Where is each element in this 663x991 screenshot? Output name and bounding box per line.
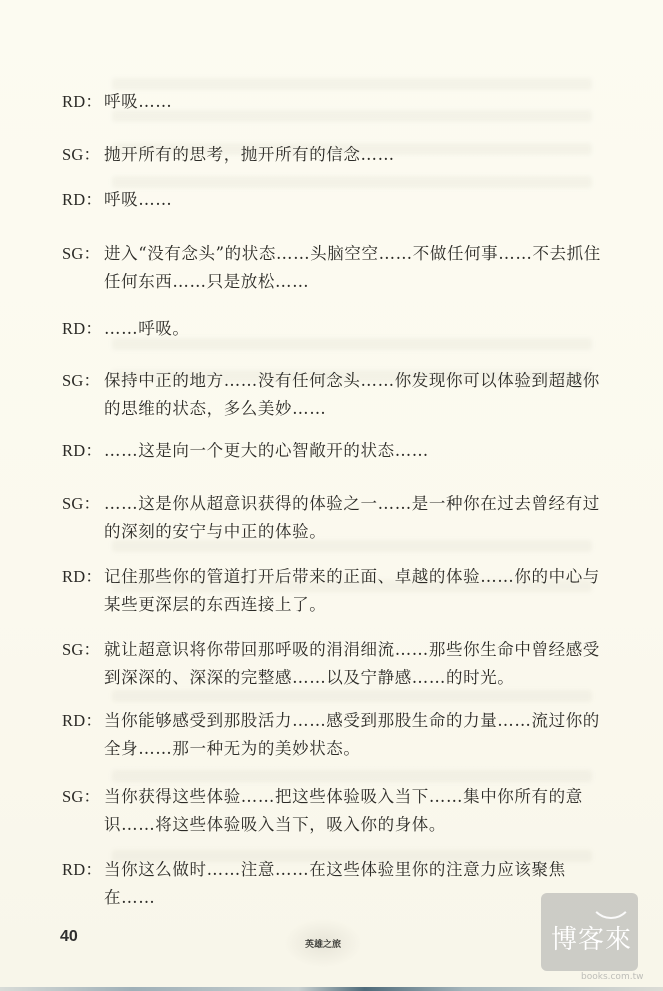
- page-bottom-edge: [0, 987, 663, 991]
- speech-text: 抛开所有的思考，抛开所有的信念……: [104, 141, 602, 169]
- speaker-label: SG：: [62, 240, 104, 296]
- watermark-url: books.com.tw: [581, 972, 643, 982]
- watermark-badge: 博客來: [541, 893, 638, 971]
- speaker-label: RD：: [62, 186, 104, 214]
- page-number: 40: [60, 928, 78, 946]
- speech-text: 呼吸……: [104, 186, 602, 214]
- dialogue-turn: SG： 进入“没有念头”的状态……头脑空空……不做任何事……不去抓住任何东西………: [62, 240, 602, 296]
- speech-text: ……这是向一个更大的心智敞开的状态……: [104, 437, 602, 465]
- speaker-label: RD：: [62, 856, 104, 912]
- speech-text: ……呼吸。: [104, 315, 602, 343]
- speech-text: 呼吸……: [104, 88, 602, 116]
- dialogue-turn: SG： ……这是你从超意识获得的体验之一……是一种你在过去曾经有过的深刻的安宁与…: [62, 490, 602, 546]
- speaker-label: SG：: [62, 783, 104, 839]
- speaker-label: RD：: [62, 315, 104, 343]
- speaker-label: RD：: [62, 563, 104, 619]
- speech-text: 当你这么做时……注意……在这些体验里你的注意力应该聚焦在……: [104, 856, 602, 912]
- dialogue-turn: RD： ……呼吸。: [62, 315, 602, 343]
- speech-text: 保持中正的地方……没有任何念头……你发现你可以体验到超越你的思维的状态，多么美妙…: [104, 367, 602, 423]
- running-title-ornament: 英雄之旅: [283, 918, 363, 968]
- dialogue-turn: RD： 当你能够感受到那股活力……感受到那股生命的力量……流过你的全身……那一种…: [62, 707, 602, 763]
- running-title: 英雄之旅: [305, 937, 341, 950]
- speaker-label: SG：: [62, 490, 104, 546]
- speech-text: 记住那些你的管道打开后带来的正面、卓越的体验……你的中心与某些更深层的东西连接上…: [104, 563, 602, 619]
- book-page: RD： 呼吸…… SG： 抛开所有的思考，抛开所有的信念…… RD： 呼吸…… …: [0, 0, 663, 991]
- speech-text: 当你能够感受到那股活力……感受到那股生命的力量……流过你的全身……那一种无为的美…: [104, 707, 602, 763]
- dialogue-turn: RD： 呼吸……: [62, 186, 602, 214]
- speech-text: 当你获得这些体验……把这些体验吸入当下……集中你所有的意识……将这些体验吸入当下…: [104, 783, 602, 839]
- speaker-label: RD：: [62, 707, 104, 763]
- dialogue-turn: SG： 就让超意识将你带回那呼吸的涓涓细流……那些你生命中曾经感受到深深的、深深…: [62, 636, 602, 692]
- dialogue-turn: RD： ……这是向一个更大的心智敞开的状态……: [62, 437, 602, 465]
- speech-text: 就让超意识将你带回那呼吸的涓涓细流……那些你生命中曾经感受到深深的、深深的完整感…: [104, 636, 602, 692]
- speaker-label: SG：: [62, 636, 104, 692]
- dialogue-turn: SG： 抛开所有的思考，抛开所有的信念……: [62, 141, 602, 169]
- dialogue-turn: RD： 记住那些你的管道打开后带来的正面、卓越的体验……你的中心与某些更深层的东…: [62, 563, 602, 619]
- dialogue-turn: SG： 当你获得这些体验……把这些体验吸入当下……集中你所有的意识……将这些体验…: [62, 783, 602, 839]
- watermark-brand: 博客來: [551, 919, 632, 956]
- speaker-label: RD：: [62, 437, 104, 465]
- dialogue-turn: RD： 呼吸……: [62, 88, 602, 116]
- bleed-through-line: [112, 770, 592, 782]
- dialogue-turn: SG： 保持中正的地方……没有任何念头……你发现你可以体验到超越你的思维的状态，…: [62, 367, 602, 423]
- speaker-label: RD：: [62, 88, 104, 116]
- speech-text: 进入“没有念头”的状态……头脑空空……不做任何事……不去抓住任何东西……只是放松…: [104, 240, 602, 296]
- speech-text: ……这是你从超意识获得的体验之一……是一种你在过去曾经有过的深刻的安宁与中正的体…: [104, 490, 602, 546]
- speaker-label: SG：: [62, 367, 104, 423]
- dialogue-turn: RD： 当你这么做时……注意……在这些体验里你的注意力应该聚焦在……: [62, 856, 602, 912]
- speaker-label: SG：: [62, 141, 104, 169]
- smile-icon: [589, 875, 633, 919]
